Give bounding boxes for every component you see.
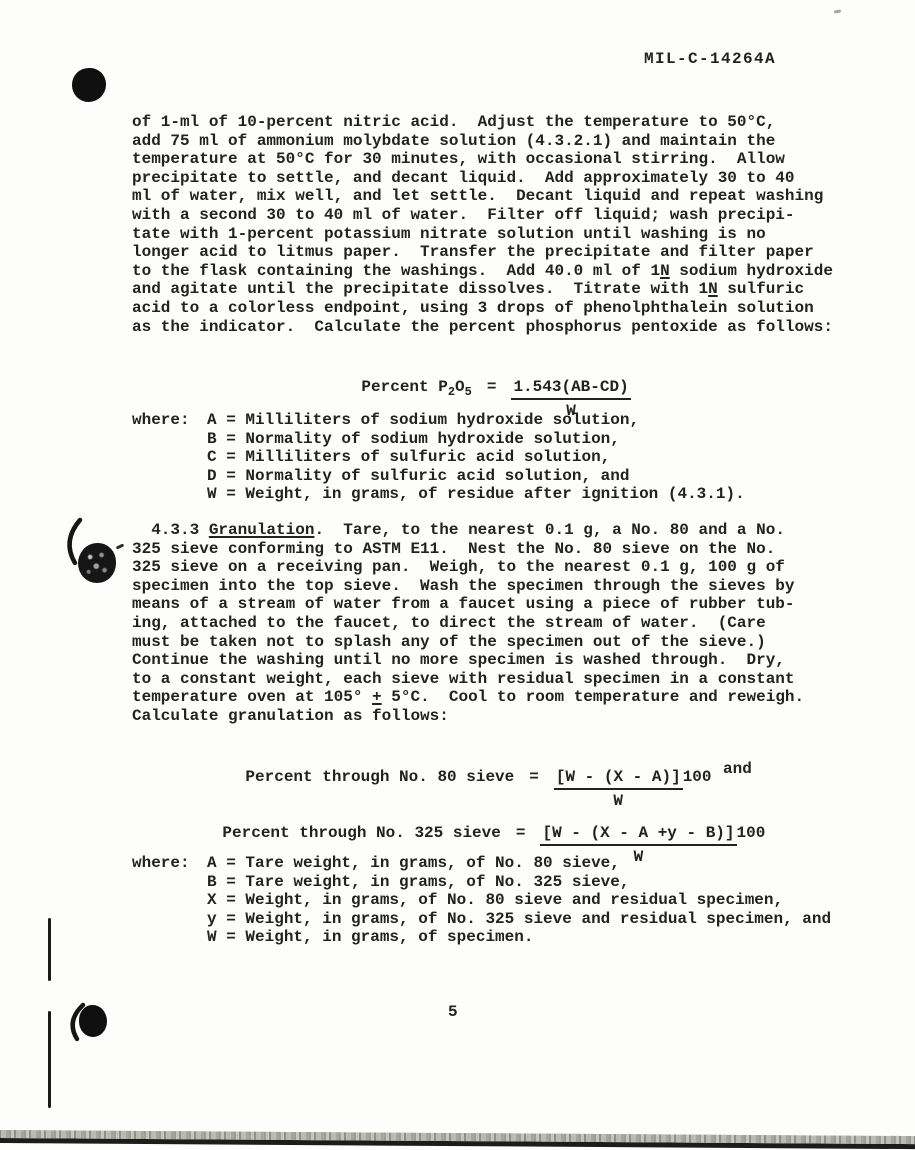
formula-label: Percent P2O5: [361, 378, 471, 396]
formula-label: Percent through No. 80 sieve: [245, 768, 514, 786]
text-line-titrate: and agitate until the precipitate dissol…: [132, 280, 833, 299]
definition-item: A = Tare weight, in grams, of No. 80 sie…: [207, 854, 831, 873]
where-label: where:: [132, 854, 190, 873]
subscript: 2: [448, 385, 455, 399]
text-line: as the indicator. Calculate the percent …: [132, 318, 833, 337]
paragraph-nitric-acid: of 1-ml of 10-percent nitric acid. Adjus…: [132, 113, 833, 336]
underlined-normality: N: [660, 262, 670, 280]
scanned-document-page: MIL-C-14264A of 1-ml of 10-percent nitri…: [0, 0, 915, 1150]
text-line: Continue the washing until no more speci…: [132, 651, 804, 670]
text-segment: . Tare, to the nearest 0.1 g, a No. 80 a…: [314, 521, 784, 539]
indent: [132, 521, 151, 539]
text-segment: to the flask containing the washings. Ad…: [132, 262, 660, 280]
definition-item: A = Milliliters of sodium hydroxide solu…: [207, 411, 745, 430]
paragraph-granulation: 4.3.3 Granulation. Tare, to the nearest …: [132, 521, 804, 726]
text-line: precipitate to settle, and decant liquid…: [132, 169, 833, 188]
text-segment: temperature oven at 105°: [132, 688, 372, 706]
corner-speck: [834, 9, 841, 13]
subscript: 5: [465, 385, 472, 399]
fraction-numerator: [W - (X - A +y - B)]: [540, 823, 736, 846]
conjunction-and: and: [723, 760, 752, 779]
text-line: with a second 30 to 40 ml of water. Filt…: [132, 206, 833, 225]
text-segment: sodium hydroxide: [670, 262, 833, 280]
page-number: 5: [448, 1003, 458, 1022]
fold-line-upper: [48, 918, 51, 981]
where-label: where:: [132, 411, 190, 430]
where-definitions: A = Tare weight, in grams, of No. 80 sie…: [207, 854, 831, 947]
underlined-normality: N: [708, 280, 718, 298]
text-line: specimen into the top sieve. Wash the sp…: [132, 577, 804, 596]
document-number: MIL-C-14264A: [644, 50, 776, 69]
text-line-temperature: temperature oven at 105° + 5°C. Cool to …: [132, 688, 804, 707]
text-line: acid to a colorless endpoint, using 3 dr…: [132, 299, 833, 318]
text-line: add 75 ml of ammonium molybdate solution…: [132, 132, 833, 151]
formula-label: Percent through No. 325 sieve: [222, 824, 500, 842]
text-line: 325 sieve on a receiving pan. Weigh, to …: [132, 558, 804, 577]
text-line: longer acid to litmus paper. Transfer th…: [132, 243, 833, 262]
definition-item: y = Weight, in grams, of No. 325 sieve a…: [207, 910, 831, 929]
plus-minus-sign: +: [372, 688, 382, 706]
text-line: ing, attached to the faucet, to direct t…: [132, 614, 804, 633]
text-line: means of a stream of water from a faucet…: [132, 595, 804, 614]
hole-punch-dot-bottom: [79, 1005, 107, 1037]
definition-item: W = Weight, in grams, of specimen.: [207, 928, 831, 947]
equals-sign: =: [516, 824, 526, 842]
text-line: to a constant weight, each sieve with re…: [132, 670, 804, 689]
text-line: of 1-ml of 10-percent nitric acid. Adjus…: [132, 113, 833, 132]
text-line: temperature at 50°C for 30 minutes, with…: [132, 150, 833, 169]
text-line: ml of water, mix well, and let settle. D…: [132, 187, 833, 206]
where-definitions: A = Milliliters of sodium hydroxide solu…: [207, 411, 745, 504]
fraction-numerator: 1.543(AB-CD): [511, 377, 630, 400]
section-heading-line: 4.3.3 Granulation. Tare, to the nearest …: [132, 521, 804, 540]
hole-punch-dot-top: [72, 68, 106, 102]
multiplier: 100: [737, 824, 766, 842]
definition-item: D = Normality of sulfuric acid solution,…: [207, 467, 745, 486]
text-segment: 5°C. Cool to room temperature and reweig…: [382, 688, 804, 706]
section-title: Granulation: [209, 521, 315, 539]
text-line: 325 sieve conforming to ASTM E11. Nest t…: [132, 540, 804, 559]
text-line-sodium-hydroxide: to the flask containing the washings. Ad…: [132, 262, 833, 281]
multiplier: 100: [683, 768, 712, 786]
text-segment: sulfuric: [718, 280, 804, 298]
definition-item: W = Weight, in grams, of residue after i…: [207, 485, 745, 504]
equals-sign: =: [529, 768, 539, 786]
ink-blob-stamp: [78, 543, 116, 583]
definition-item: B = Tare weight, in grams, of No. 325 si…: [207, 873, 831, 892]
equals-sign: =: [487, 378, 497, 396]
text-segment: and agitate until the precipitate dissol…: [132, 280, 708, 298]
ink-speck: [116, 543, 125, 549]
text-line: Calculate granulation as follows:: [132, 707, 804, 726]
definition-item: C = Milliliters of sulfuric acid solutio…: [207, 448, 745, 467]
text-segment: O: [455, 378, 465, 396]
fold-line-lower: [48, 1011, 51, 1108]
fraction-numerator: [W - (X - A)]: [554, 767, 683, 790]
text-segment: Percent P: [361, 378, 447, 396]
definition-item: X = Weight, in grams, of No. 80 sieve an…: [207, 891, 831, 910]
text-line: tate with 1-percent potassium nitrate so…: [132, 225, 833, 244]
page-edge: [0, 1130, 915, 1149]
text-line: must be taken not to splash any of the s…: [132, 633, 804, 652]
definition-item: B = Normality of sodium hydroxide soluti…: [207, 430, 745, 449]
section-number: 4.3.3: [151, 521, 209, 539]
